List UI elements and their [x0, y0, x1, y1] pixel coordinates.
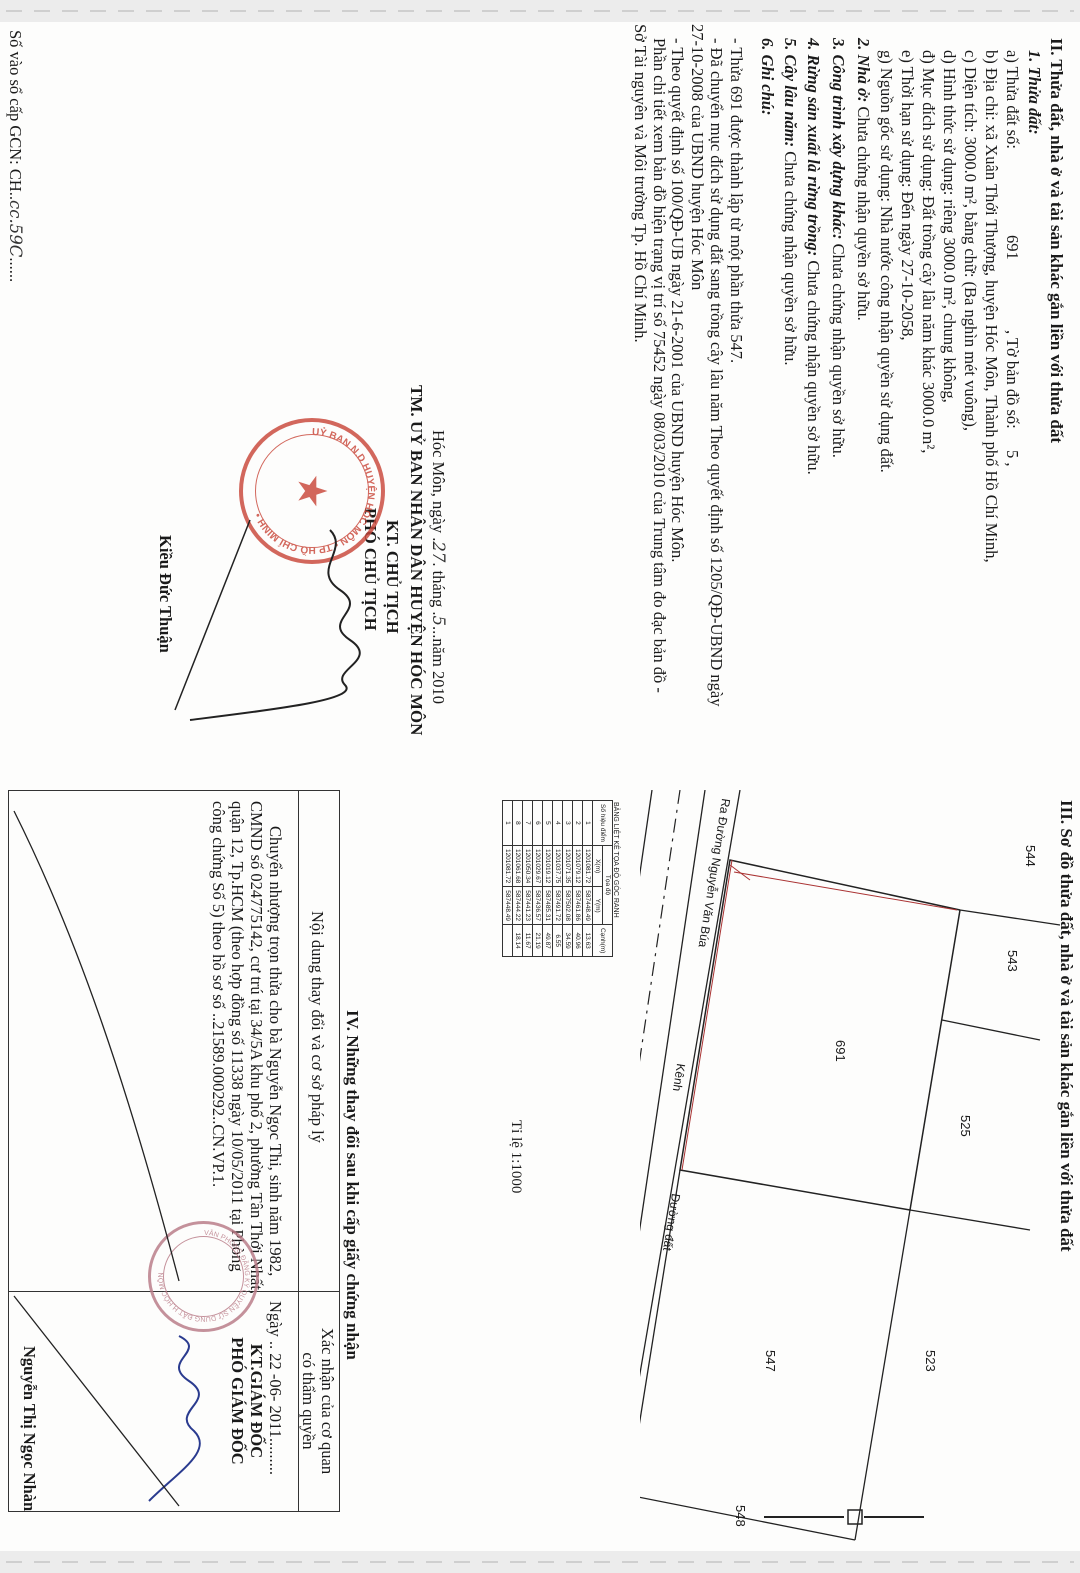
signing-day: 27 — [429, 541, 448, 562]
note-line: - Theo quyết định số 100/QĐ-UB ngày 21-6… — [668, 38, 687, 562]
usage-origin-line: g) Nguồn gốc sử dụng: Nhà nước công nhận… — [877, 50, 896, 473]
item-forest-text: Chưa chứng nhận quyền sở hữu. — [804, 256, 823, 474]
signing-month: 5 — [429, 616, 448, 627]
change-content-line: công chứng Số 5) theo hồ sơ số ..21589.0… — [209, 801, 228, 1187]
coord-table-row: 31201071.35587502.0834.59 — [563, 801, 573, 957]
note-line: 27-10-2008 của UBND huyện Hóc Môn — [688, 24, 707, 290]
coord-table-row: 41201037.75587491.726.55 — [553, 801, 563, 957]
item-house-label: 2. Nhà ở: — [854, 38, 873, 102]
item-other-works-text: Chưa chứng nhận quyền sở hữu. — [829, 240, 848, 458]
changes-table: Nội dung thay đổi và cơ sở pháp lý Xác n… — [8, 790, 340, 1512]
change-content-line: Chuyển nhượng trọn thửa cho bà Nguyễn Ng… — [266, 826, 285, 1276]
register-number: Số vào sổ cấp GCN: CH..cc.59C...... — [6, 30, 25, 282]
parcel-label-525: 525 — [956, 1115, 975, 1137]
issuing-authority: TM. UỶ BAN NHÂN DÂN HUYỆN HÓC MÔN — [407, 385, 426, 735]
parcel-label-547: 547 — [761, 1350, 780, 1372]
notes-heading: 6. Ghi chú: — [758, 38, 777, 115]
signature-scribble — [150, 510, 390, 770]
change-content-line: CMND số 024775142, cư trú tại 34/5A khu … — [247, 801, 266, 1294]
certificate-page: II. Thửa đất, nhà ở và tài sản khác gắn … — [0, 0, 1080, 1573]
item-house-text: Chưa chứng nhận quyền sở hữu. — [854, 102, 873, 320]
item-perennial: 5. Cây lâu năm: Chưa chứng nhận quyền sở… — [781, 38, 800, 366]
usage-purpose-line: đ) Mục đích sử dụng: Đất trồng cây lâu n… — [919, 50, 938, 453]
confirm-column-header-1: Xác nhận của cơ quan — [318, 1301, 337, 1501]
land-parcel-heading: 1. Thửa đất: — [1025, 50, 1044, 135]
item-forest: 4. Rừng sản xuất là rừng trồng: Chưa chứ… — [804, 38, 823, 475]
coord-table-row: 11201081.72587448.4913.63 — [583, 801, 593, 957]
coordinate-table: Số hiệu điểm Tọa độ Cạnh(m) X(m) Y(m) 11… — [502, 800, 613, 957]
map-sheet-value: 5 , — [1003, 450, 1022, 467]
section-3-4-panel: III. Sơ đồ thửa đất, nhà ở và tài sản kh… — [0, 790, 1080, 1560]
note-line: Sở Tài nguyên và Môi trường Tp. Hồ Chí M… — [631, 24, 650, 343]
confirm-column-header-2: có thẩm quyền — [299, 1301, 318, 1501]
note-line: - Đã chuyển mục đích sử dụng đất sang tr… — [707, 38, 726, 707]
signing-date: Hóc Môn, ngày .27. tháng .5...năm 2010 — [429, 430, 448, 704]
item-forest-label: 4. Rừng sản xuất là rừng trồng: — [804, 38, 823, 256]
section-2-panel: II. Thửa đất, nhà ở và tài sản khác gắn … — [0, 30, 1080, 790]
parcel-number-label: a) Thửa đất số: — [1003, 50, 1022, 149]
changes-column-header: Nội dung thay đổi và cơ sở pháp lý — [308, 911, 327, 1143]
coord-table-row: 61201029.67587436.5721.19 — [533, 801, 543, 957]
note-line: Phần chi tiết xem bản đồ hiện trạng vị t… — [650, 38, 669, 693]
viewer-bottom-bar — [0, 1551, 1080, 1573]
item-other-works: 3. Công trình xây dựng khác: Chưa chứng … — [829, 38, 848, 458]
item-perennial-text: Chưa chứng nhận quyền sở hữu. — [781, 147, 800, 365]
viewer-top-bar — [0, 0, 1080, 22]
map-sheet-label: , Tờ bản đồ số: — [1003, 330, 1022, 429]
section-4-title: IV. Những thay đổi sau khi cấp giấy chứn… — [343, 1010, 362, 1360]
parcel-label-543: 543 — [1003, 950, 1022, 972]
confirm-date: Ngày .. 22 -06- 2011......... — [266, 1301, 285, 1475]
register-number-value: cc.59C — [6, 200, 25, 257]
item-house: 2. Nhà ở: Chưa chứng nhận quyền sở hữu. — [854, 38, 873, 321]
item-perennial-label: 5. Cây lâu năm: — [781, 38, 800, 147]
coord-table-row: 51201019.12587485.3149.87 — [543, 801, 553, 957]
item-other-works-label: 3. Công trình xây dựng khác: — [829, 38, 848, 240]
coord-table-row: 21201079.12587461.8640.96 — [573, 801, 583, 957]
change-content-line: quận 12, Tp.HCM (theo hợp đồng số 11338 … — [228, 801, 247, 1272]
parcel-number-value: 691 — [1003, 235, 1022, 260]
void-diagonal-lines — [9, 791, 199, 1511]
usage-term-line: e) Thời hạn sử dụng: Đến ngày 27-10-2058… — [898, 50, 917, 340]
scale-label: Tỉ lệ 1:1000 — [506, 1120, 525, 1193]
usage-form-line: d) Hình thức sử dụng: riêng 3000.0 m², c… — [940, 50, 959, 403]
coord-table-row: 71201050.34587441.2311.67 — [523, 801, 533, 957]
coord-table-row: 11201081.72587448.49 — [503, 801, 513, 957]
parcel-label-691: 691 — [831, 1040, 850, 1062]
confirm-role-1: KT.GIÁM ĐỐC — [247, 1301, 266, 1501]
parcel-label-548: 548 — [731, 1505, 750, 1527]
note-line: - Thửa 691 được thành lập từ một phần th… — [727, 38, 746, 363]
address-line: b) Địa chỉ: xã Xuân Thới Thượng, huyện H… — [982, 50, 1001, 563]
parcel-label-544: 544 — [1021, 845, 1040, 867]
section-2-title: II. Thửa đất, nhà ở và tài sản khác gắn … — [1047, 38, 1066, 443]
coord-table-row: 81201061.68587444.2218.14 — [513, 801, 523, 957]
north-arrow-icon — [754, 1502, 924, 1532]
parcel-label-523: 523 — [921, 1350, 940, 1372]
area-line: c) Diện tích: 3000.0 m², bằng chữ: (Ba n… — [961, 50, 980, 431]
signer-name: Kiều Đức Thuận — [156, 535, 175, 653]
